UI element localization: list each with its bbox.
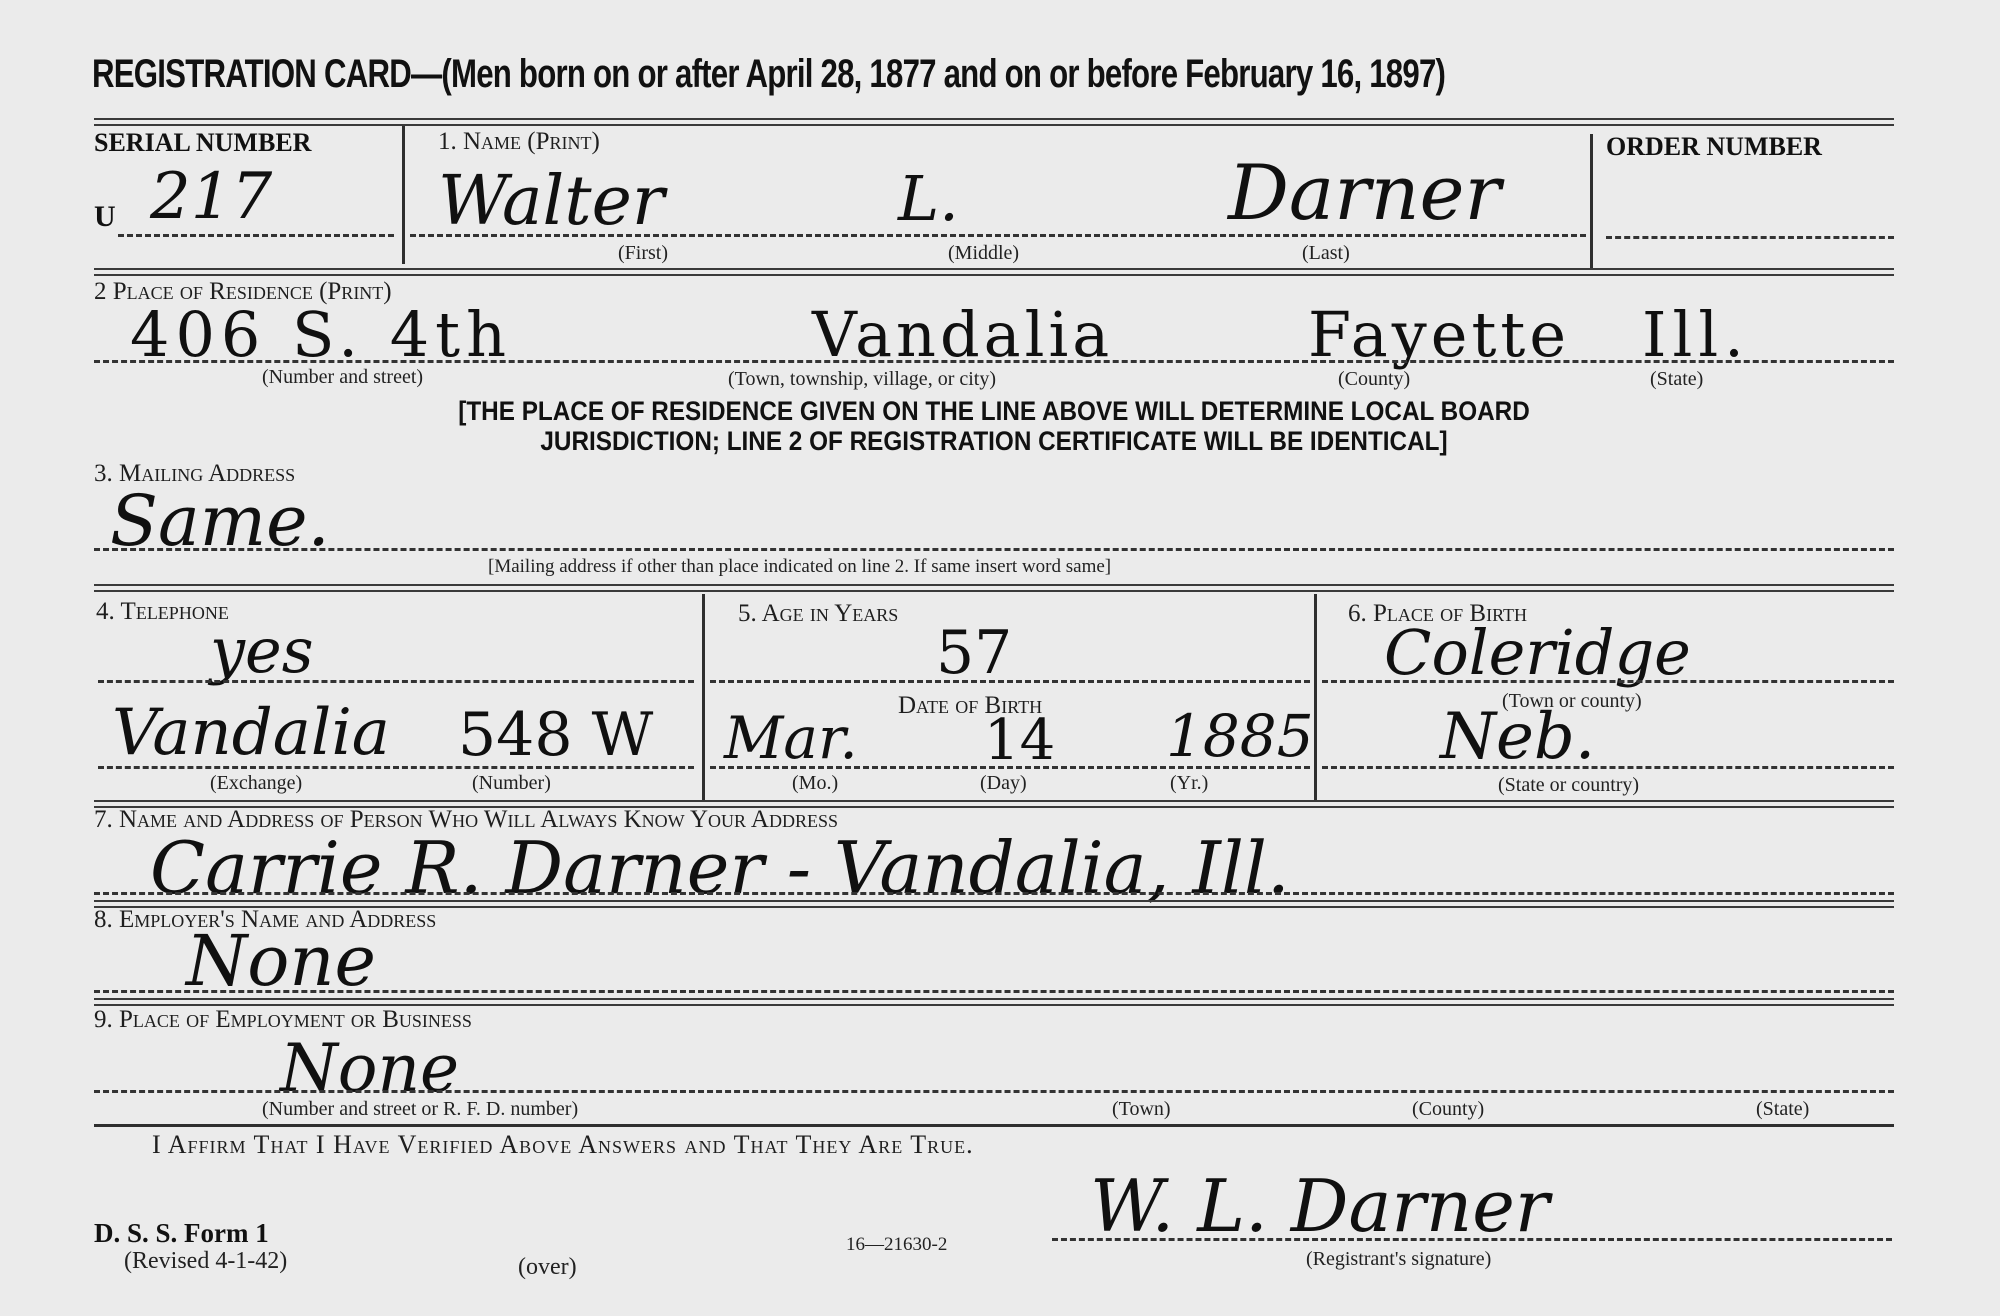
employment-state-caption: (State) [1756,1098,1809,1121]
contact-underline [94,892,1894,895]
signature-caption: (Registrant's signature) [1306,1248,1491,1271]
jurisdiction-notice-line1: [THE PLACE OF RESIDENCE GIVEN ON THE LIN… [184,396,1804,426]
last-caption: (Last) [1302,242,1350,265]
town-caption: (Town, township, village, or city) [728,368,996,391]
street-caption: (Number and street) [262,366,423,389]
dob-underline [710,766,1310,769]
employment-underline [94,1090,1894,1093]
telephone-label: 4. Telephone [96,598,229,626]
mailing-caption: [Mailing address if other than place ind… [488,556,1111,578]
serial-number-value[interactable]: 217 [150,160,272,234]
birthplace-town-underline [1322,680,1894,683]
form-revised: (Revised 4-1-42) [124,1248,287,1275]
name-underline [410,234,1586,237]
age-value[interactable]: 57 [936,618,1012,688]
first-name-value[interactable]: Walter [438,162,664,241]
contact-value[interactable]: Carrie R. Darner - Vandalia, Ill. [150,826,1290,910]
telephone-underline-1 [98,680,694,683]
middle-name-value[interactable]: L. [898,162,959,235]
residence-underline [94,360,1894,363]
state-caption: (State) [1650,368,1703,391]
row3-rule [94,584,1894,586]
employer-underline [94,990,1894,993]
first-caption: (First) [618,242,668,265]
mailing-underline [94,548,1894,551]
name-order-divider [1590,134,1593,268]
tel-age-divider [702,594,705,800]
telephone-number-value[interactable]: 548 W [458,700,653,770]
telephone-line1-value[interactable]: yes [210,614,314,687]
signature-underline [1052,1238,1892,1241]
affirmation-text: I Affirm That I Have Verified Above Answ… [152,1130,974,1160]
state-or-country-caption: (State or country) [1498,774,1639,797]
county-caption: (County) [1338,368,1410,391]
age-underline [710,680,1310,683]
exchange-caption: (Exchange) [210,772,302,795]
last-name-value[interactable]: Darner [1228,148,1501,237]
employment-town-caption: (Town) [1112,1098,1171,1121]
order-number-underline[interactable] [1606,236,1894,239]
serial-name-divider [402,126,405,264]
serial-prefix: U [94,200,116,234]
print-code: 16—21630-2 [846,1234,947,1256]
birthplace-town-value[interactable]: Coleridge [1384,616,1691,689]
row1-rule [94,268,1894,270]
serial-number-label: SERIAL NUMBER [94,128,311,158]
form-name: D. S. S. Form 1 [94,1218,269,1249]
registrant-signature[interactable]: W. L. Darner [1090,1164,1549,1248]
month-caption: (Mo.) [792,772,838,795]
row7-rule [94,900,1894,902]
dob-year-value[interactable]: 1885 [1166,702,1314,770]
row4-rule [94,800,1894,802]
number-caption: (Number) [472,772,551,795]
telephone-underline-2 [98,766,694,769]
row8-rule [94,998,1894,1000]
birthplace-state-underline [1322,766,1894,769]
serial-underline [118,234,394,237]
name-label: 1. Name (Print) [438,128,600,156]
jurisdiction-notice-line2: JURISDICTION; LINE 2 OF REGISTRATION CER… [184,426,1804,456]
order-number-label: ORDER NUMBER [1606,132,1822,162]
year-caption: (Yr.) [1170,772,1208,795]
over-note: (over) [518,1254,577,1281]
row9-rule [94,1124,1894,1127]
employment-value[interactable]: None [280,1030,459,1107]
employment-street-caption: (Number and street or R. F. D. number) [262,1098,578,1121]
card-title: REGISTRATION CARD—(Men born on or after … [92,52,1445,97]
registration-card: REGISTRATION CARD—(Men born on or after … [0,0,2000,1316]
top-double-rule [94,118,1894,120]
dob-month-value[interactable]: Mar. [724,704,858,772]
birthplace-state-value[interactable]: Neb. [1440,700,1595,774]
middle-caption: (Middle) [948,242,1019,265]
dob-day-value[interactable]: 14 [984,708,1055,773]
employment-county-caption: (County) [1412,1098,1484,1121]
day-caption: (Day) [980,772,1027,795]
age-birth-divider [1314,594,1317,800]
telephone-exchange-value[interactable]: Vandalia [112,696,390,770]
age-label: 5. Age in Years [738,600,898,628]
